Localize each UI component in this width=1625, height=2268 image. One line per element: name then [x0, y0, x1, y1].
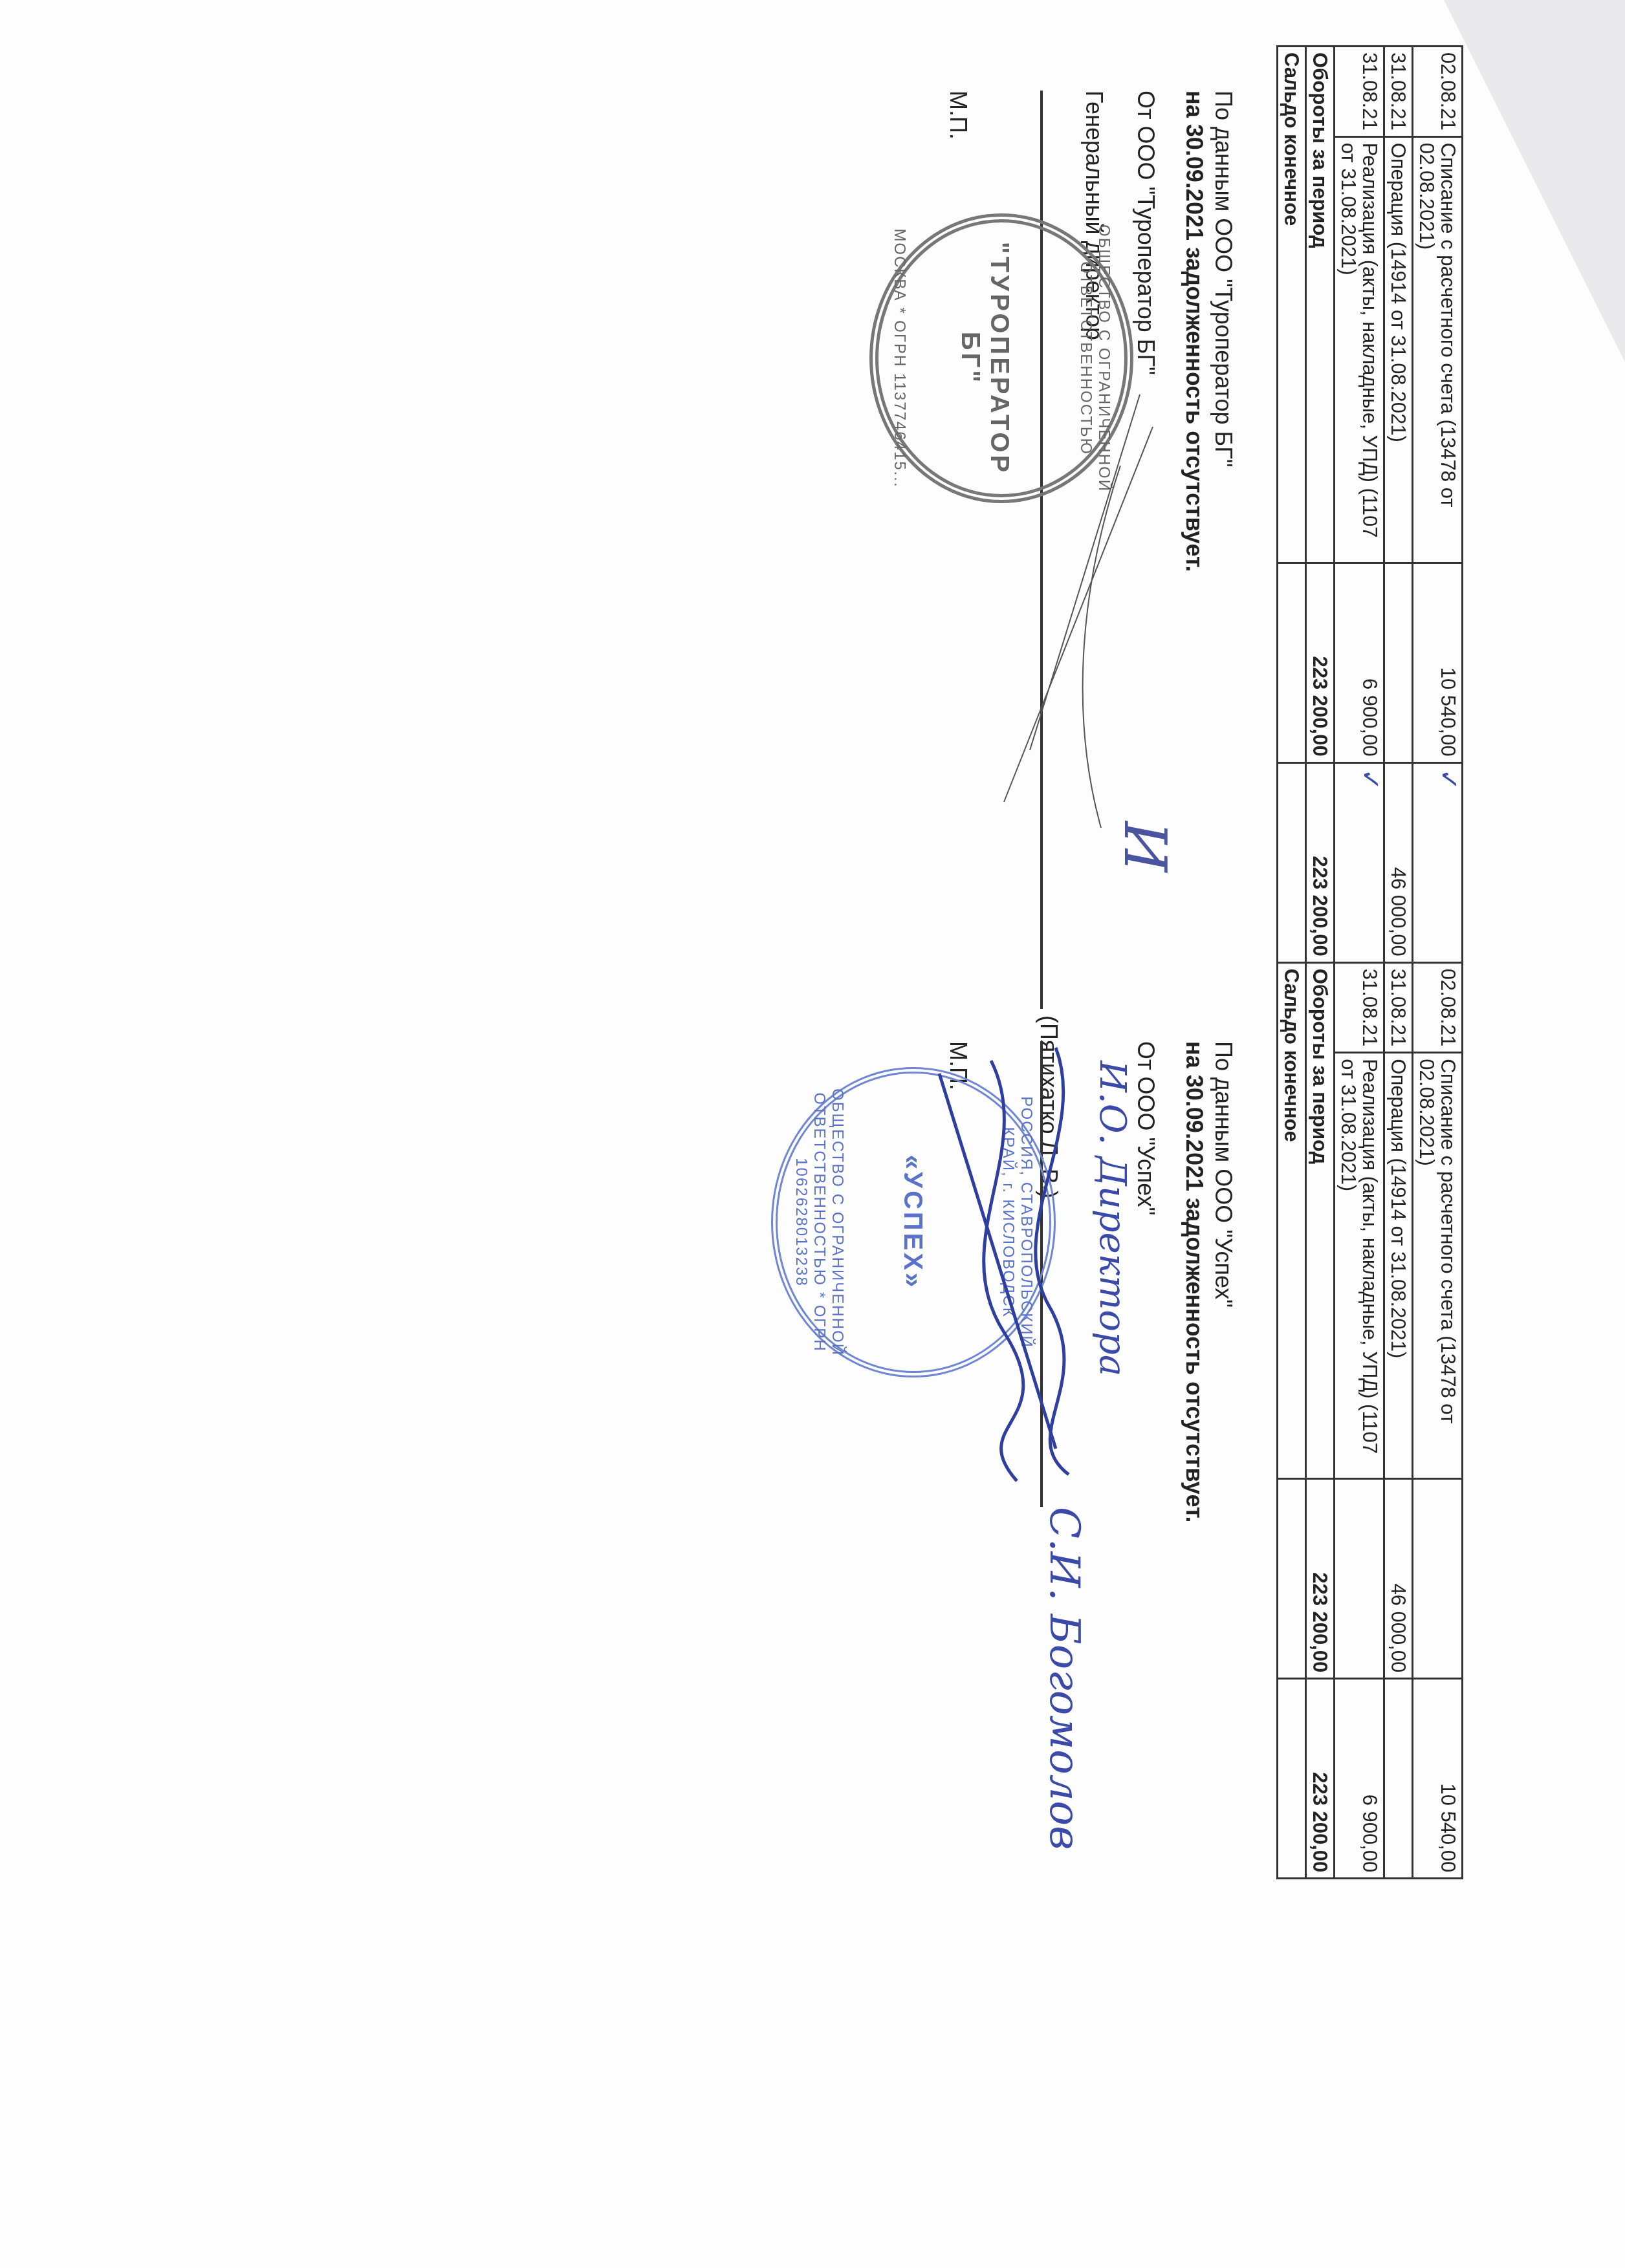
left-signature-scribble: [991, 388, 1159, 841]
turnover-debit: 223 200,00: [1306, 1479, 1335, 1679]
description-cell: Операция (14914 от 31.08.2021): [1384, 136, 1413, 563]
debit-cell: [1384, 563, 1413, 762]
date-cell: 31.08.21: [1384, 962, 1413, 1053]
closing-debit: [1278, 563, 1306, 762]
left-from-company: От ООО "Туроператор БГ": [1132, 91, 1159, 375]
right-from-company: От ООО "Успех": [1132, 1041, 1159, 1215]
closing-balance-label: Сальдо конечное: [1278, 47, 1306, 563]
debit-cell: 6 900,00: [1335, 563, 1384, 762]
debit-cell: [1413, 1479, 1463, 1679]
check-mark-icon: ✓: [1434, 769, 1463, 791]
turnover-label: Обороты за период: [1306, 962, 1335, 1479]
debit-cell: 46 000,00: [1384, 1479, 1413, 1679]
table-row: 02.08.21 Списание с расчетного счета (13…: [1413, 47, 1463, 1879]
turnover-label: Обороты за период: [1306, 47, 1335, 563]
debit-cell: [1335, 1479, 1384, 1679]
right-debt-statement: на 30.09.2021 задолженность отсутствует.: [1181, 1041, 1208, 1522]
closing-credit: [1278, 762, 1306, 962]
turnover-credit: 223 200,00: [1306, 1679, 1335, 1879]
credit-cell: 10 540,00: [1413, 1679, 1463, 1879]
table-row: 31.08.21 Реализация (акты, накладные, УП…: [1335, 47, 1384, 1879]
left-seal-label: М.П.: [944, 91, 972, 140]
date-cell: 02.08.21: [1413, 962, 1463, 1053]
turnover-credit: 223 200,00: [1306, 762, 1335, 962]
date-cell: 31.08.21: [1384, 47, 1413, 137]
closing-debit: [1278, 1479, 1306, 1679]
rotated-document-page: 02.08.21 Списание с расчетного счета (13…: [0, 0, 1625, 2268]
credit-cell: ✓: [1335, 762, 1384, 962]
credit-cell: 46 000,00: [1384, 762, 1413, 962]
credit-cell: 6 900,00: [1335, 1679, 1384, 1879]
turnover-row: Обороты за период 223 200,00 223 200,00 …: [1306, 47, 1335, 1879]
closing-balance-row: Сальдо конечное Сальдо конечное: [1278, 47, 1306, 1879]
date-cell: 31.08.21: [1335, 47, 1384, 137]
debit-cell: 10 540,00: [1413, 563, 1463, 762]
left-debt-statement: на 30.09.2021 задолженность отсутствует.: [1181, 91, 1208, 572]
date-cell: 02.08.21: [1413, 47, 1463, 137]
stamp-ring-text: ОБЩЕСТВО С ОГРАНИЧЕННОЙ ОТВЕТСТВЕННОСТЬЮ…: [792, 1074, 846, 1371]
credit-cell: [1384, 1679, 1413, 1879]
stamp-ring-text: МОСКВА * ОГРН 1137746415...: [890, 222, 908, 494]
description-cell: Списание с расчетного счета (13478 от 02…: [1413, 1053, 1463, 1479]
right-handwritten-position: И.О. Директора: [1091, 1061, 1133, 1376]
right-handwritten-signer: С.И. Богомолов: [1040, 1507, 1088, 1850]
credit-cell: ✓: [1413, 762, 1463, 962]
turnover-debit: 223 200,00: [1306, 563, 1335, 762]
check-mark-icon: ✓: [1356, 769, 1384, 791]
closing-credit: [1278, 1679, 1306, 1879]
right-data-by: По данным ООО "Успех": [1210, 1041, 1237, 1308]
right-signature-scribble: [900, 1035, 1095, 1487]
description-cell: Операция (14914 от 31.08.2021): [1384, 1053, 1413, 1479]
description-cell: Списание с расчетного счета (13478 от 02…: [1413, 136, 1463, 563]
description-cell: Реализация (акты, накладные, УПД) (1107 …: [1335, 1053, 1384, 1479]
closing-balance-label: Сальдо конечное: [1278, 962, 1306, 1479]
table-row: 31.08.21 Операция (14914 от 31.08.2021) …: [1384, 47, 1413, 1879]
description-cell: Реализация (акты, накладные, УПД) (1107 …: [1335, 136, 1384, 563]
date-cell: 31.08.21: [1335, 962, 1384, 1053]
reconciliation-table: 02.08.21 Списание с расчетного счета (13…: [1276, 45, 1463, 1879]
left-data-by: По данным ООО "Туроператор БГ": [1210, 91, 1237, 468]
